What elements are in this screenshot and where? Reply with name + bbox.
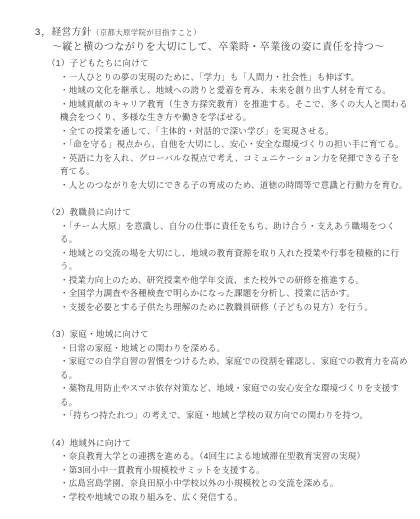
sections-container: （1）子どもたちに向けて・一人ひとりの夢の実現のために、「学力」も「人間力・社会… bbox=[35, 57, 412, 504]
bullet-item: ・支援を必要とする子供たち理解のために教職員研修（子どもの見方）を行う。 bbox=[35, 301, 412, 315]
document-page: 3，経営方針（京都大原学院が目指すこと） ～縦と横のつながりを大切にして、卒業時… bbox=[0, 0, 420, 519]
doc-subtitle: ～縦と横のつながりを大切にして、卒業時・卒業後の姿に責任を持つ～ bbox=[35, 41, 412, 55]
bullet-item: ・第3回小中一貫教育小規模校サミットを支援する。 bbox=[35, 464, 412, 478]
doc-title-number: 3， bbox=[35, 27, 52, 38]
doc-title-note: （京都大原学院が目指すこと） bbox=[92, 28, 201, 37]
bullet-item: ・学校や地域での取り組みを、広く発信する。 bbox=[35, 491, 412, 505]
bullet-item: ・「命を守る」視点から、自他を大切にし、安心・安全な環境づくりの担い手に育てる。 bbox=[35, 138, 412, 152]
bullet-item: ・地域の文化を継承し、地域への誇りと愛着を育み、未来を創り出す人材を育てる。 bbox=[35, 84, 412, 98]
doc-title-line: 3，経営方針（京都大原学院が目指すこと） bbox=[35, 26, 412, 40]
section: （3）家庭・地域に向けて・日常の家庭・地域との関わりを深める。・家庭での自学自習… bbox=[35, 328, 412, 423]
bullet-item: ・地域との交流の場を大切にし、地域の教育資源を取り入れた授業や行事を積極的に行う… bbox=[35, 247, 412, 274]
bullet-item: ・日常の家庭・地域との関わりを深める。 bbox=[35, 342, 412, 356]
bullet-item: ・家庭での自学自習の習慣をつけるため、家庭での役割を確認し、家庭での教育力を高め… bbox=[35, 355, 412, 382]
section-heading: （3）家庭・地域に向けて bbox=[35, 328, 412, 342]
section: （2）教職員に向けて・「チーム大原」を意識し、自分の仕事に責任をもち、助け合う・… bbox=[35, 206, 412, 314]
bullet-item: ・「チーム大原」を意識し、自分の仕事に責任をもち、助け合う・支えあう職場をつくる… bbox=[35, 220, 412, 247]
bullet-item: ・一人ひとりの夢の実現のために、「学力」も「人間力・社会性」も伸ばす。 bbox=[35, 71, 412, 85]
section: （4）地域外に向けて・奈良教育大学との連携を進める。（4回生による地域滞在型教育… bbox=[35, 437, 412, 505]
bullet-item: ・授業力向上のため、研究授業や他学年交流、また校外での研修を推進する。 bbox=[35, 274, 412, 288]
bullet-item: ・英語に力を入れ、グローバルな視点で考え、コミュニケーション力を発揮できる子を育… bbox=[35, 152, 412, 179]
bullet-item: ・奈良教育大学との連携を進める。（4回生による地域滞在型教育実習の実現） bbox=[35, 450, 412, 464]
bullet-item: ・薬物乱用防止やスマホ依存対策など、地域・家庭での安心安全な環境づくりを支援する… bbox=[35, 382, 412, 409]
section-heading: （2）教職員に向けて bbox=[35, 206, 412, 220]
doc-title: 経営方針 bbox=[52, 27, 92, 38]
bullet-item: ・全ての授業を通して、「主体的・対話的で深い学び」を実現させる。 bbox=[35, 125, 412, 139]
bullet-item: ・広島宮島学園、奈良田原小中学校以外の小規模校との交流を深める。 bbox=[35, 477, 412, 491]
bullet-item: ・全国学力調査や各種検査で明らかになった課題を分析し、授業に活かす。 bbox=[35, 287, 412, 301]
bullet-item: ・「持ちつ持たれつ」の考えで、家庭・地域と学校の双方向での関わりを持つ。 bbox=[35, 409, 412, 423]
section-heading: （1）子どもたちに向けて bbox=[35, 57, 412, 71]
bullet-item: ・人とのつながりを大切にできる子の育成のため、道徳の時間等で意識と行動力を育む。 bbox=[35, 179, 412, 193]
section-heading: （4）地域外に向けて bbox=[35, 437, 412, 451]
bullet-item: ・地域貢献のキャリア教育（生き方探究教育）を推進する。そこで、多くの大人と関わる… bbox=[35, 98, 412, 125]
section: （1）子どもたちに向けて・一人ひとりの夢の実現のために、「学力」も「人間力・社会… bbox=[35, 57, 412, 192]
